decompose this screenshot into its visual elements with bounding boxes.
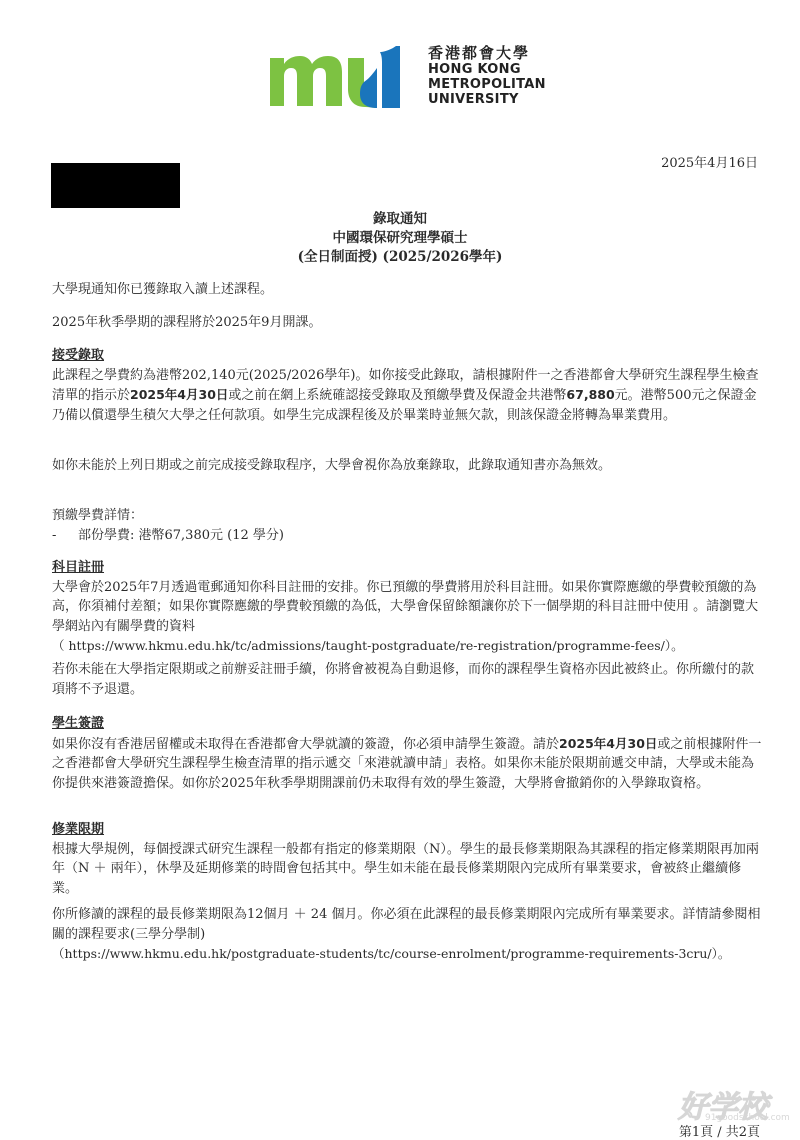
section-registration: 科目註冊 大學會於2025年7月透過電郵通知你科目註冊的安排。你已預繳的學費將用…: [52, 558, 762, 656]
section-heading: 接受錄取: [52, 346, 762, 366]
intro-paragraph-2: 2025年秋季學期的課程將於2025年9月開課。: [52, 313, 762, 333]
hkmu-logo: 香港都會大學 HONG KONG METROPOLITAN UNIVERSITY: [268, 40, 558, 112]
section-heading: 修業限期: [52, 820, 762, 840]
prepaid-details: 預繳學費詳情： -部份學費: 港幣67,380元 (12 學分): [52, 506, 762, 545]
redacted-recipient: [51, 163, 180, 208]
letter-title: 錄取通知 中國環保研究理學碩士 (全日制面授) (2025/2026學年): [0, 210, 800, 267]
page-number: 第1頁 / 共2頁: [679, 1121, 760, 1140]
title-line-2: 中國環保研究理學碩士: [0, 229, 800, 248]
fees-link[interactable]: （ https://www.hkmu.edu.hk/tc/admissions/…: [52, 636, 762, 656]
section-heading: 科目註冊: [52, 558, 762, 578]
registration-note: 若你未能在大學指定限期或之前辦妥註冊手續，你將會被視為自動退修，而你的課程學生資…: [52, 660, 762, 699]
letter-date: 2025年4月16日: [661, 152, 758, 171]
section-study-period: 修業限期 根據大學規例，每個授課式研究生課程一般都有指定的修業期限（N）。學生的…: [52, 820, 762, 898]
accept-paragraph: 此課程之學費約為港幣202,140元(2025/2026學年)。如你接受此錄取，…: [52, 366, 762, 426]
study-period-detail: 你所修讀的課程的最長修業期限為12個月 ＋ 24 個月。你必須在此課程的最長修業…: [52, 905, 762, 964]
requirements-link[interactable]: （https://www.hkmu.edu.hk/postgraduate-st…: [52, 944, 762, 964]
title-line-1: 錄取通知: [0, 210, 800, 229]
mu-logo-icon: [268, 42, 418, 108]
section-visa: 學生簽證 如果你沒有香港居留權或未取得在香港都會大學就讀的簽證，你必須申請學生簽…: [52, 714, 762, 793]
bullet: -: [52, 526, 78, 546]
title-line-3: (全日制面授) (2025/2026學年): [0, 248, 800, 267]
section-heading: 學生簽證: [52, 714, 762, 734]
section-accept: 接受錄取 此課程之學費約為港幣202,140元(2025/2026學年)。如你接…: [52, 346, 762, 425]
intro-paragraph-1: 大學現通知你已獲錄取入讀上述課程。: [52, 280, 762, 300]
university-name: 香港都會大學 HONG KONG METROPOLITAN UNIVERSITY: [428, 44, 546, 107]
accept-deadline-note: 如你未能於上列日期或之前完成接受錄取程序，大學會視你為放棄錄取，此錄取通知書亦為…: [52, 456, 762, 476]
